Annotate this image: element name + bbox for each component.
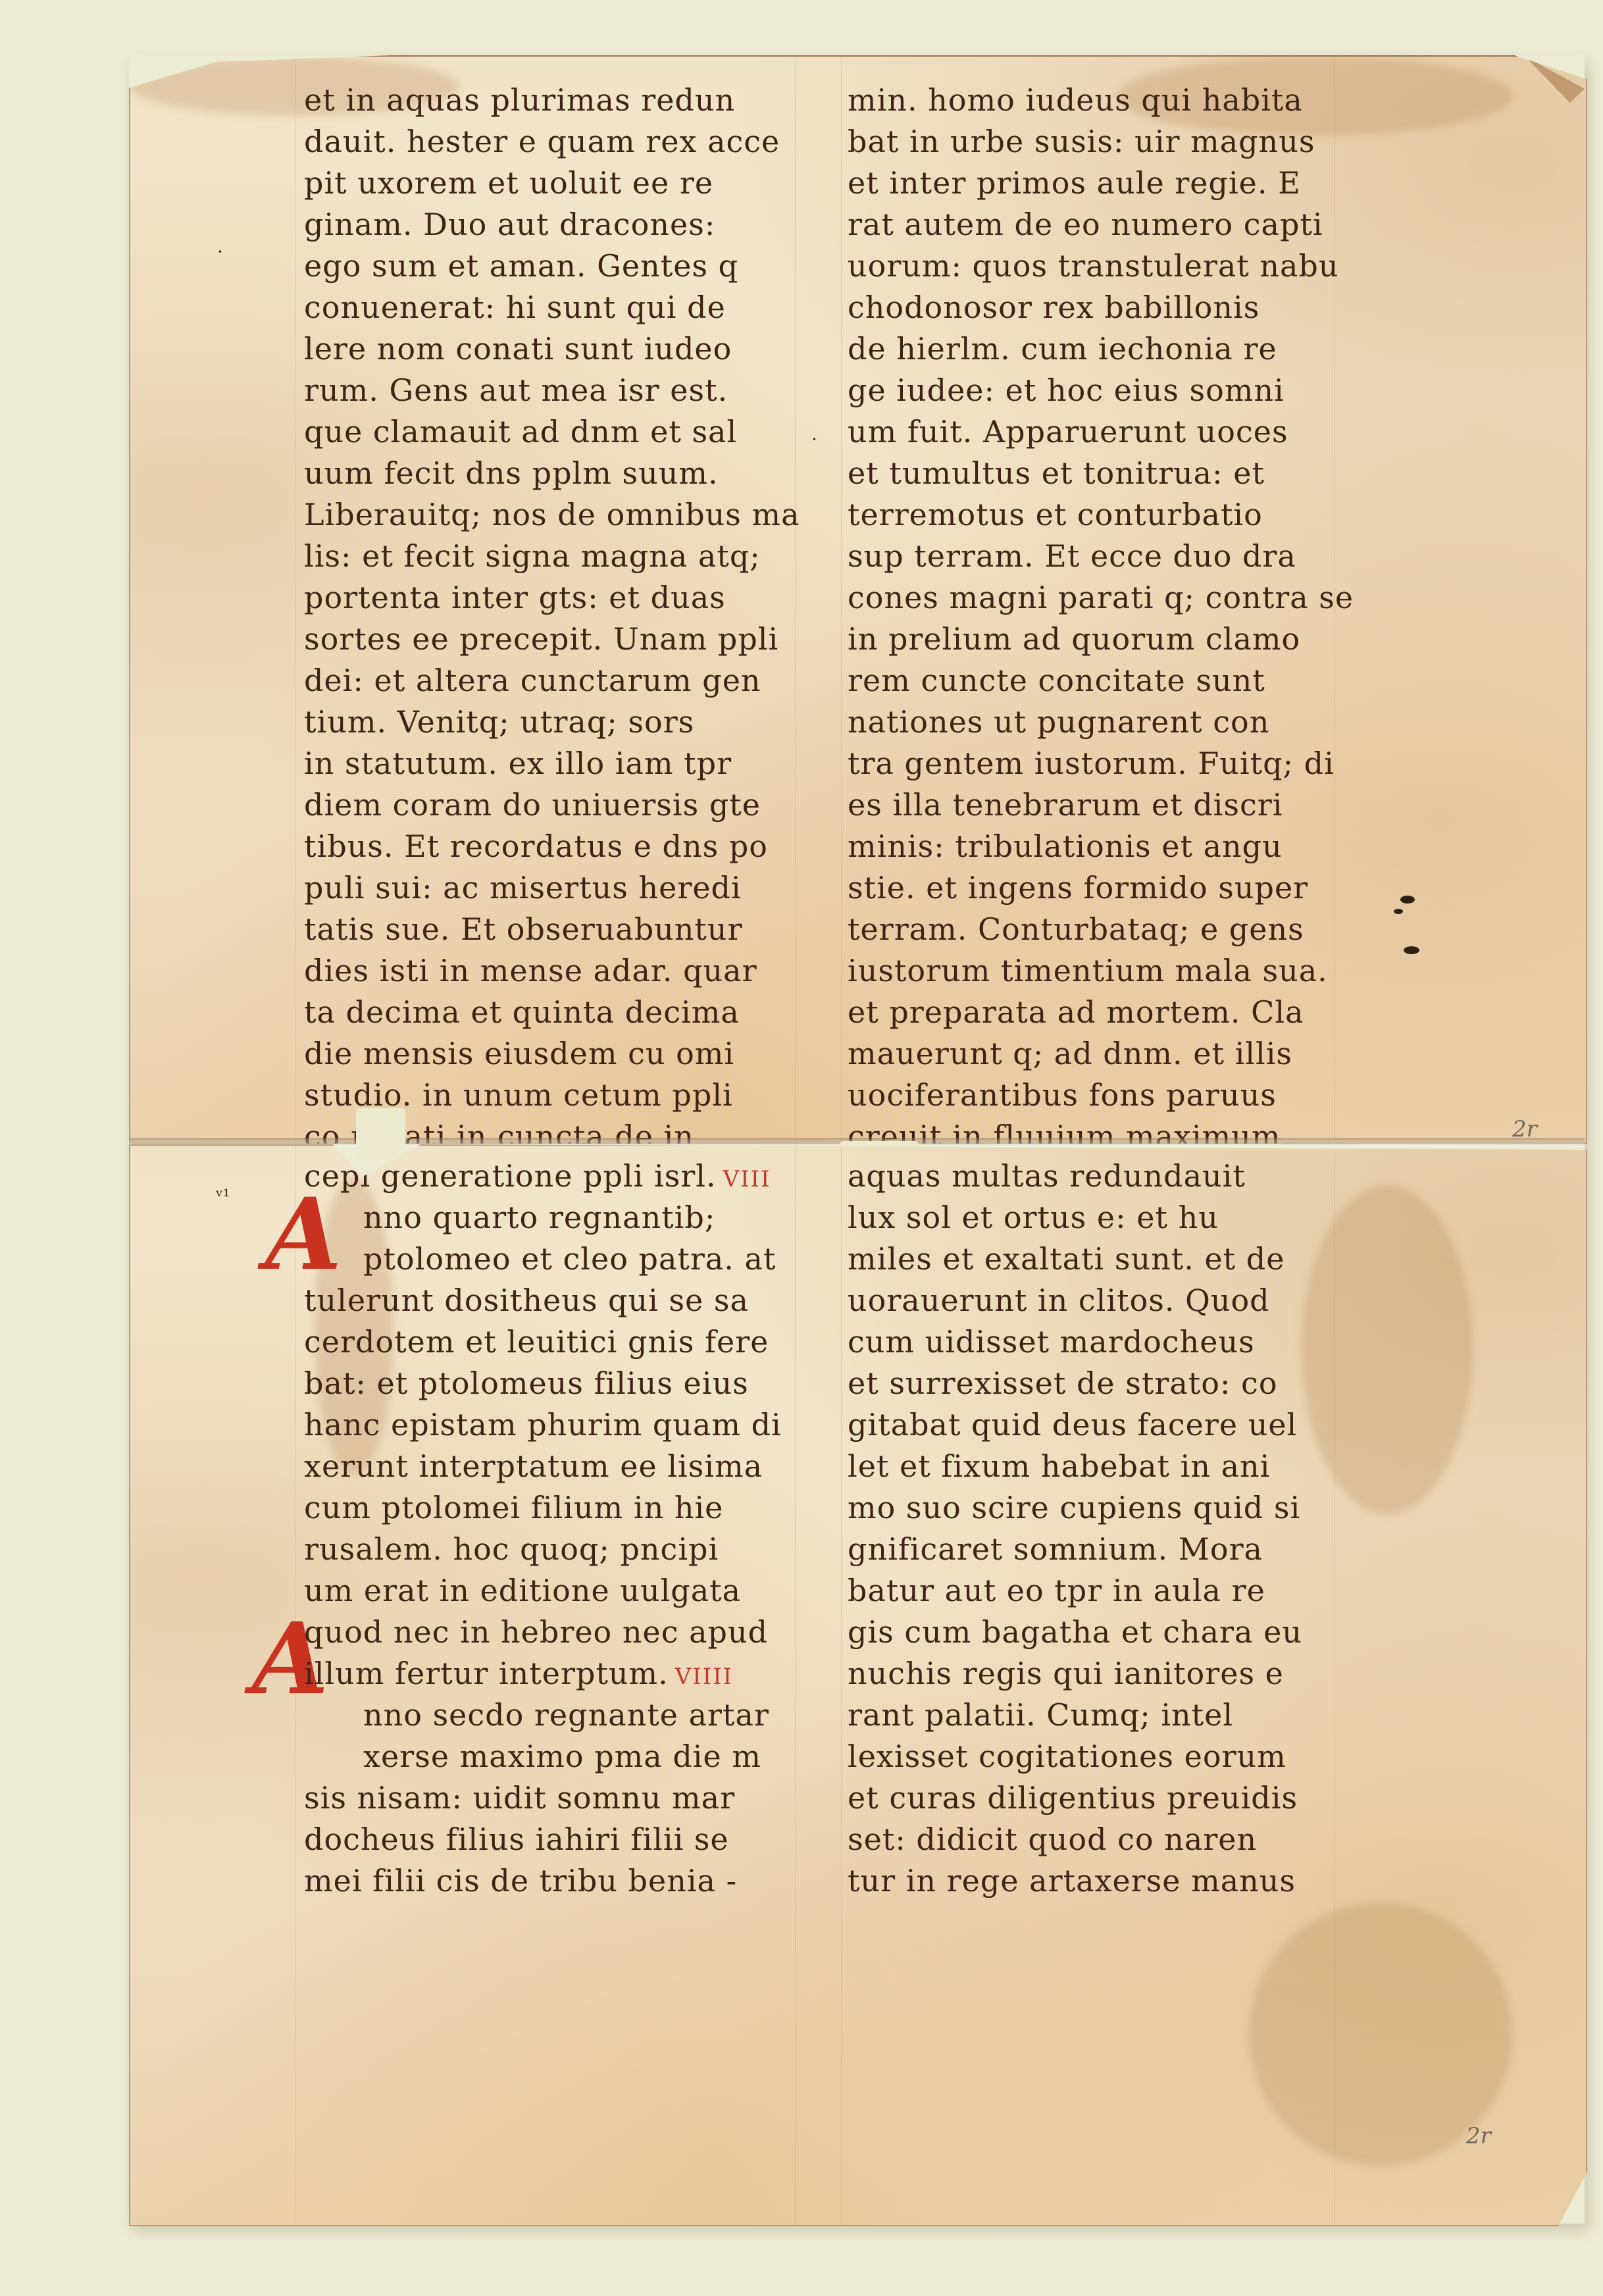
text-line: uorauerunt in clitos. Quod [848,1280,1302,1321]
text-line: diem coram do uniuersis gte [304,784,800,826]
text-line: xerse maximo pma die m [304,1736,782,1777]
text-line: nno quarto regnantib; [304,1197,782,1238]
text-line: ta decima et quinta decima [304,992,800,1033]
text-line: nuchis regis qui ianitores e [848,1653,1302,1695]
parchment-hole [356,1108,405,1161]
text-line: que clamauit ad dnm et sal [304,411,800,453]
text-line: es illa tenebrarum et discri [848,784,1354,826]
text-line: et in aquas plurimas redun [304,80,800,121]
text-line: lere nom conati sunt iudeo [304,328,800,370]
water-stain [1302,1185,1473,1514]
folio-number: 2r [1466,2123,1491,2149]
text-line: rum. Gens aut mea isr est. [304,370,800,411]
text-line: et preparata ad mortem. Cla [848,992,1354,1033]
text-line: rat autem de eo numero capti [848,204,1354,245]
chapter-number-rubric: VIIII [675,1664,733,1690]
text-line: et tumultus et tonitrua: et [848,453,1354,494]
text-line: sortes ee precepit. Unam ppli [304,619,800,660]
text-line: uociferantibus fons paruus [848,1075,1354,1116]
text-line: cum ptolomei filium in hie [304,1487,782,1529]
text-line: cerdotem et leuitici gnis fere [304,1321,782,1363]
right-column-lower: aquas multas redundauit lux sol et ortus… [848,1156,1302,1902]
text-line: tatis sue. Et obseruabuntur [304,909,800,950]
right-column-upper: min. homo iudeus qui habita bat in urbe … [848,80,1354,1158]
text-line: ginam. Duo aut dracones: [304,204,800,245]
wormhole [1400,896,1415,904]
margin-dot: · [217,241,223,263]
text-line: tur in rege artaxerse manus [848,1860,1302,1902]
text-line: ptolomeo et cleo patra. at [304,1238,782,1280]
text-line: ego sum et aman. Gentes q [304,245,800,287]
text-line: illum fertur interptum.VIIII [304,1653,782,1695]
text-line: xerunt interptatum ee lisima [304,1446,782,1487]
text-line: cum uidisset mardocheus [848,1321,1302,1363]
chapter-number-rubric: VIII [723,1166,771,1192]
margin-mark: ᵛ¹ [216,1185,230,1207]
text-line: sup terram. Et ecce duo dra [848,536,1354,577]
text-line: gitabat quid deus facere uel [848,1404,1302,1446]
text-line: chodonosor rex babillonis [848,287,1354,328]
text-line: rem cuncte concitate sunt [848,660,1354,702]
text-line: cones magni parati q; contra se [848,577,1354,619]
text-line: nno secdo regnante artar [304,1695,782,1736]
text-line: lux sol et ortus e: et hu [848,1197,1302,1238]
text-line: miles et exaltati sunt. et de [848,1238,1302,1280]
text-line: et curas diligentius preuidis [848,1777,1302,1819]
text-line: sis nisam: uidit somnu mar [304,1777,782,1819]
text-line: um erat in editione uulgata [304,1570,782,1612]
text-line: portenta inter gts: et duas [304,577,800,619]
text-line: dies isti in mense adar. quar [304,950,800,992]
text-line: min. homo iudeus qui habita [848,80,1354,121]
text-line: lexisset cogitationes eorum [848,1736,1302,1777]
text-line: in prelium ad quorum clamo [848,619,1354,660]
text-line: et inter primos aule regie. E [848,163,1354,204]
text-line: gis cum bagatha et chara eu [848,1612,1302,1653]
text-line: batur aut eo tpr in aula re [848,1570,1302,1612]
text-line: cepi generatione ppli isrl.VIII [304,1156,782,1197]
text-line: mo suo scire cupiens quid si [848,1487,1302,1529]
text-line: dauit. hester e quam rex acce [304,121,800,163]
text-line: tibus. Et recordatus e dns po [304,826,800,867]
ruling-line [841,57,842,1142]
text-line: terram. Conturbataq; e gens [848,909,1354,950]
text-line: et surrexisset de strato: co [848,1363,1302,1404]
text-line: gnificaret somnium. Mora [848,1529,1302,1570]
text-line: quod nec in hebreo nec apud [304,1612,782,1653]
text-line: aquas multas redundauit [848,1156,1302,1197]
text-line: de hierlm. cum iechonia re [848,328,1354,370]
text-line: terremotus et conturbatio [848,494,1354,536]
text-line: tulerunt dositheus qui se sa [304,1280,782,1321]
text-line: conuenerat: hi sunt qui de [304,287,800,328]
left-column-upper: et in aquas plurimas redun dauit. hester… [304,80,800,1158]
text-line: die mensis eiusdem cu omi [304,1033,800,1075]
text-line: set: didicit quod co naren [848,1819,1302,1860]
manuscript-leaf: · · et in aquas plurimas redun dauit. he… [129,55,1585,2224]
text-line: hanc epistam phurim quam di [304,1404,782,1446]
text-line: ge iudee: et hoc eius somni [848,370,1354,411]
text-line: minis: tribulationis et angu [848,826,1354,867]
ruling-line [295,57,295,1142]
text-line: pit uxorem et uoluit ee re [304,163,800,204]
text-line: stie. et ingens formido super [848,867,1354,909]
text-line: tra gentem iustorum. Fuitq; di [848,743,1354,784]
text-line: iustorum timentium mala sua. [848,950,1354,992]
text-line: rusalem. hoc quoq; pncipi [304,1529,782,1570]
text-line: bat in urbe susis: uir magnus [848,121,1354,163]
text-line: uorum: quos transtulerat nabu [848,245,1354,287]
wormhole [1404,946,1419,954]
folded-corner [1525,57,1585,103]
text-line: um fuit. Apparuerunt uoces [848,411,1354,453]
text-line: let et fixum habebat in ani [848,1446,1302,1487]
text-line: dei: et altera cunctarum gen [304,660,800,702]
text-line: docheus filius iahiri filii se [304,1819,782,1860]
text-line: Liberauitq; nos de omnibus ma [304,494,800,536]
margin-dot: · [811,428,817,450]
text-line: rant palatii. Cumq; intel [848,1695,1302,1736]
text-line: tium. Venitq; utraq; sors [304,702,800,743]
text-line: in statutum. ex illo iam tpr [304,743,800,784]
text-line: nationes ut pugnarent con [848,702,1354,743]
ruling-line [841,1146,842,2225]
text-line: puli sui: ac misertus heredi [304,867,800,909]
lower-leaf-fragment: ᵛ¹ A A cepi generatione ppli isrl.VIII n… [129,1144,1587,2226]
text-line: mauerunt q; ad dnm. et illis [848,1033,1354,1075]
wormhole [1394,909,1403,914]
upper-leaf-fragment: · · et in aquas plurimas redun dauit. he… [129,55,1587,1144]
text-line: uum fecit dns pplm suum. [304,453,800,494]
text-line: lis: et fecit signa magna atq; [304,536,800,577]
left-column-lower: cepi generatione ppli isrl.VIII nno quar… [304,1156,782,1902]
ruling-line [795,1146,796,2225]
text-line: mei filii cis de tribu benia - [304,1860,782,1902]
text-line: bat: et ptolomeus filius eius [304,1363,782,1404]
